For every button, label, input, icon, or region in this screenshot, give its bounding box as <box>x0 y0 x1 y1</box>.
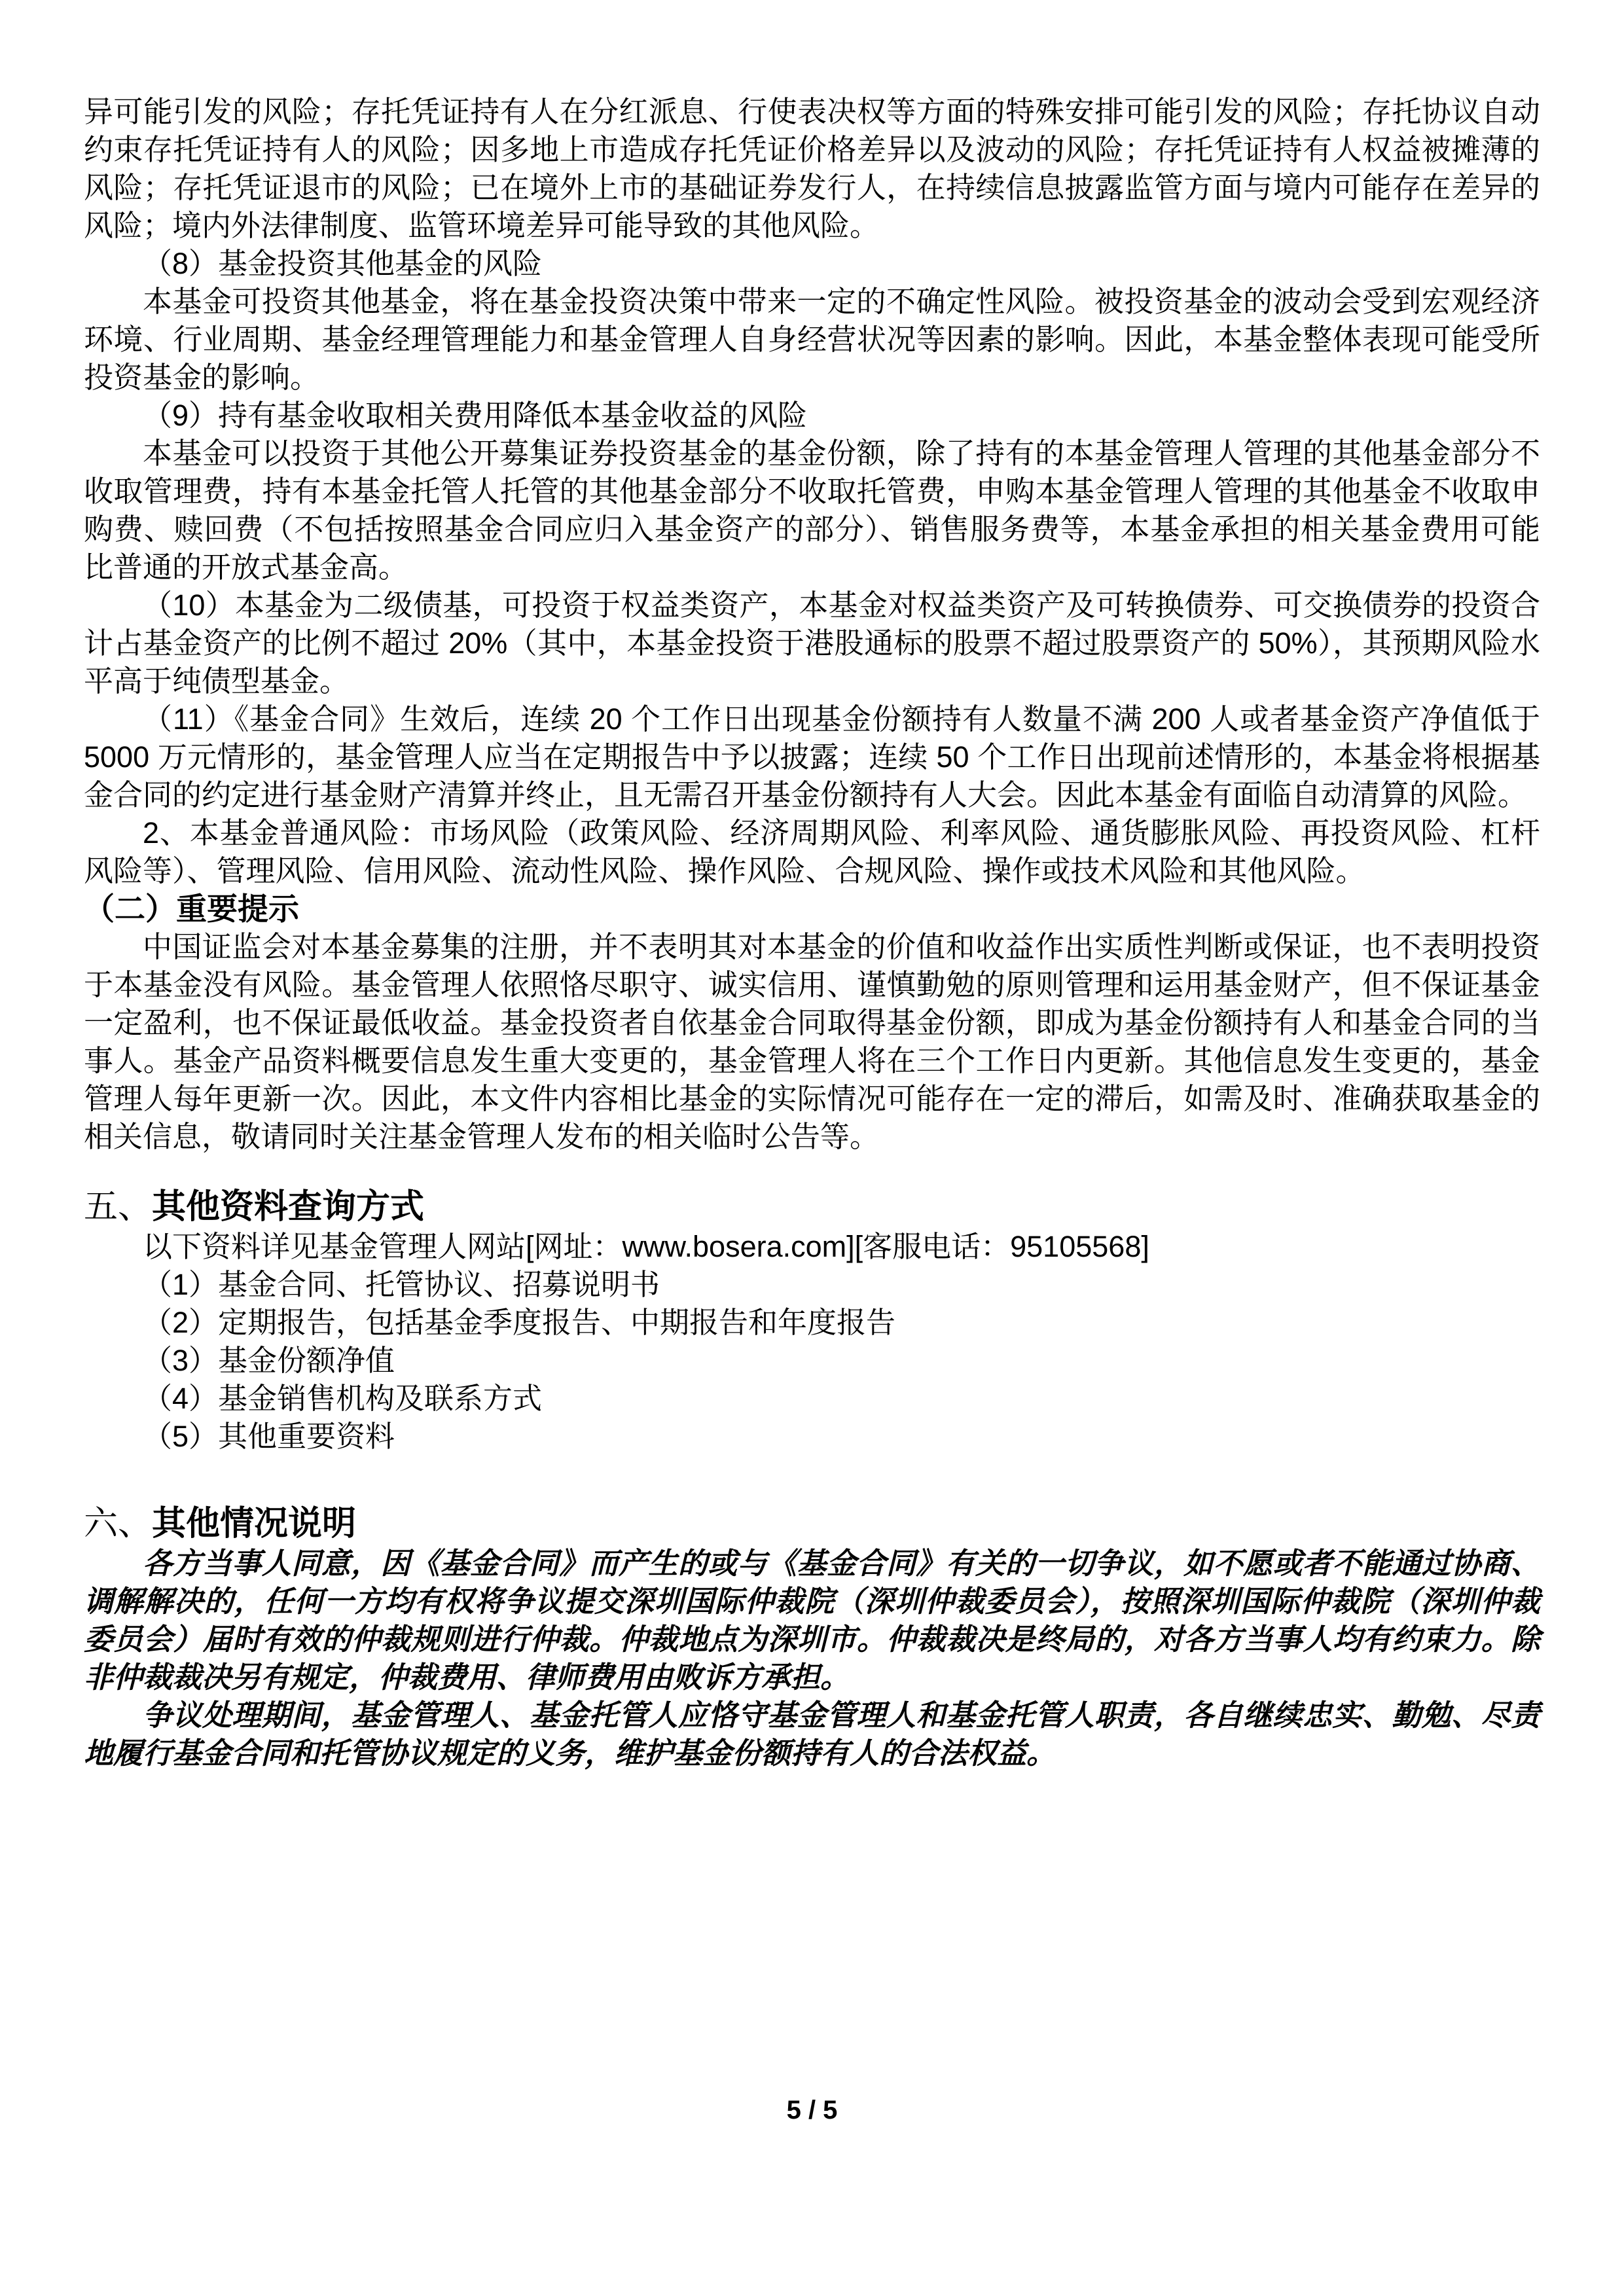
important-notice-body: 中国证监会对本基金募集的注册，并不表明其对本基金的价值和收益作出实质性判断或保证… <box>84 928 1540 1156</box>
risk-item9-title: （9）持有基金收取相关费用降低本基金收益的风险 <box>84 397 1540 435</box>
section5-item-1: （1）基金合同、托管协议、招募说明书 <box>84 1266 1540 1304</box>
arbitration-paragraph-2: 争议处理期间，基金管理人、基金托管人应恪守基金管理人和基金托管人职责，各自继续忠… <box>84 1696 1540 1772</box>
arbitration-paragraph-1: 各方当事人同意，因《基金合同》而产生的或与《基金合同》有关的一切争议，如不愿或者… <box>84 1545 1540 1696</box>
page-number: 5 / 5 <box>0 2094 1624 2126</box>
risk-item8-title: （8）基金投资其他基金的风险 <box>84 245 1540 283</box>
risk-item9-body: 本基金可以投资于其他公开募集证券投资基金的基金份额，除了持有的本基金管理人管理的… <box>84 435 1540 586</box>
section5-item-2: （2）定期报告，包括基金季度报告、中期报告和年度报告 <box>84 1304 1540 1342</box>
risk-item10-paragraph: （10）本基金为二级债基，可投资于权益类资产，本基金对权益类资产及可转换债券、可… <box>84 586 1540 700</box>
important-notice-heading: （二）重要提示 <box>84 890 1540 928</box>
document-page: 异可能引发的风险；存托凭证持有人在分红派息、行使表决权等方面的特殊安排可能引发的… <box>0 0 1624 2296</box>
risk-item11-paragraph: （11）《基金合同》生效后，连续 20 个工作日出现基金份额持有人数量不满 20… <box>84 700 1540 814</box>
section5-item-3: （3）基金份额净值 <box>84 1342 1540 1380</box>
risk-item8-body: 本基金可投资其他基金，将在基金投资决策中带来一定的不确定性风险。被投资基金的波动… <box>84 283 1540 397</box>
risk-continuation-paragraph: 异可能引发的风险；存托凭证持有人在分红派息、行使表决权等方面的特殊安排可能引发的… <box>84 93 1540 245</box>
common-risks-paragraph: 2、本基金普通风险：市场风险（政策风险、经济周期风险、利率风险、通货膨胀风险、再… <box>84 814 1540 890</box>
section5-number: 五、 <box>84 1188 152 1226</box>
section6-heading: 六、其他情况说明 <box>84 1503 1540 1545</box>
section5-item-4: （4）基金销售机构及联系方式 <box>84 1380 1540 1418</box>
section6-number: 六、 <box>84 1505 152 1543</box>
section5-title: 其他资料查询方式 <box>152 1188 424 1226</box>
section5-intro: 以下资料详见基金管理人网站[网址：www.bosera.com][客服电话：95… <box>84 1228 1540 1266</box>
section6-title: 其他情况说明 <box>152 1505 356 1543</box>
section5-heading: 五、其他资料查询方式 <box>84 1186 1540 1228</box>
section5-item-5: （5）其他重要资料 <box>84 1418 1540 1456</box>
